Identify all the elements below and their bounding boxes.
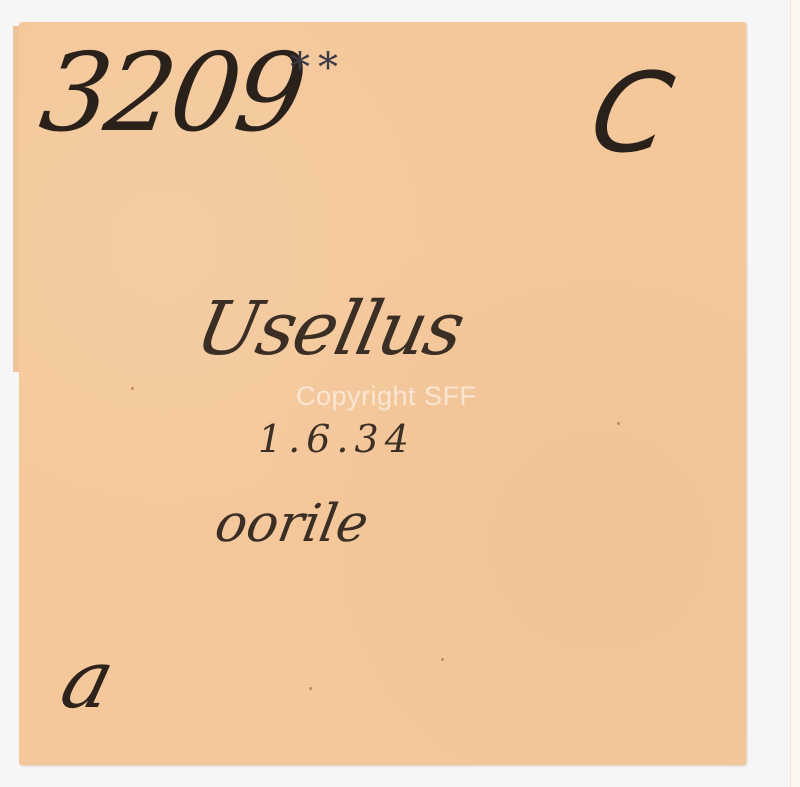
paper-speck — [617, 422, 620, 425]
species-name: Usellus — [190, 292, 469, 366]
catalog-stars: ** — [290, 48, 346, 88]
collection-date: 1.6.34 — [258, 420, 415, 458]
paper-speck — [441, 658, 444, 661]
copyright-watermark: Copyright SFF — [296, 381, 477, 412]
adjacent-sheet-edge — [790, 0, 800, 787]
catalog-number: 3209 — [34, 40, 308, 148]
scan-stage: 3209 ** C Usellus Copyright SFF 1.6.34 o… — [0, 0, 800, 787]
paper-speck — [309, 687, 312, 690]
paper-speck — [131, 387, 134, 390]
locality: oorile — [211, 498, 372, 550]
